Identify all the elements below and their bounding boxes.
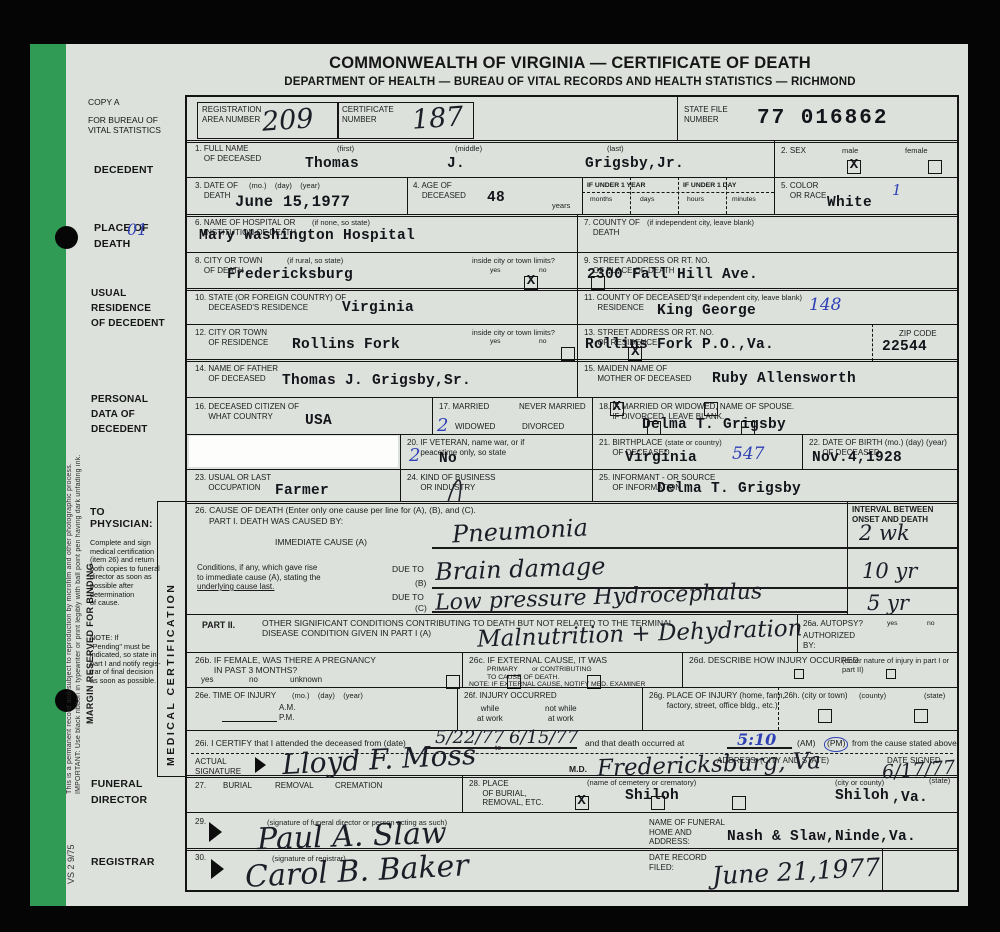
rule xyxy=(400,469,401,501)
field7-hint: (if independent city, leave blank) xyxy=(647,218,754,227)
field17-widowed-label: WIDOWED xyxy=(455,422,495,432)
rule xyxy=(678,177,679,214)
field1-last-value: Grigsby,Jr. xyxy=(585,156,684,172)
rule xyxy=(774,177,775,214)
field2-female-label: female xyxy=(905,146,928,155)
field26c-note: NOTE: IF EXTERNAL CAUSE, NOTIFY MED. EXA… xyxy=(469,681,645,688)
while-at-work-checkbox xyxy=(818,709,832,723)
rule xyxy=(187,614,957,615)
field17-pen-mark: 2 xyxy=(437,415,448,436)
field22-value: Nov.4,1928 xyxy=(812,450,902,466)
am-label: A.M. xyxy=(279,703,295,713)
rule xyxy=(400,434,401,469)
rule xyxy=(457,687,458,730)
field26i-date2: 6/15/77 xyxy=(509,727,578,748)
field12-yes-checkbox xyxy=(561,347,575,361)
due-to-b-label: DUE TO xyxy=(392,565,424,575)
field25-value: Delma T. Grigsby xyxy=(657,481,801,497)
field20-label: 20. IF VETERAN, name war, or if peacetim… xyxy=(407,438,524,457)
field16-value: USA xyxy=(305,413,332,429)
rule xyxy=(872,324,873,361)
field4-years-label: years xyxy=(552,201,570,210)
certificate-number-label: CERTIFICATE NUMBER xyxy=(342,105,394,124)
immediate-cause-label: IMMEDIATE CAUSE (A) xyxy=(275,538,367,548)
scanned-death-certificate: This is a permanent record and subject t… xyxy=(0,0,1000,932)
primary-checkbox xyxy=(794,669,804,679)
field20-pen-mark: 2 xyxy=(409,445,420,466)
signature-arrow-icon xyxy=(255,757,266,773)
copy-label: COPY A xyxy=(88,97,120,107)
rule xyxy=(187,501,957,504)
rule xyxy=(774,140,775,177)
field26h-state-label: (state) xyxy=(924,691,945,700)
rule xyxy=(847,547,957,549)
pm-label: P.M. xyxy=(279,713,294,723)
field6-value: Mary Washington Hospital xyxy=(199,228,415,244)
rule xyxy=(187,140,957,143)
field29-number: 29. xyxy=(195,817,206,827)
rule xyxy=(592,397,593,434)
actual-signature-label: ACTUAL SIGNATURE xyxy=(195,757,241,776)
field3-label: 3. DATE OF DEATH xyxy=(195,181,238,200)
certificate-title: COMMONWEALTH OF VIRGINIA — CERTIFICATE O… xyxy=(185,54,955,73)
field26f-label: 26f. INJURY OCCURRED xyxy=(464,691,557,701)
place-code-pen-mark: 01 xyxy=(127,220,147,239)
field23-value: Farmer xyxy=(275,483,329,499)
field5-value: White xyxy=(827,195,872,211)
whiteout-patch xyxy=(189,436,398,467)
burial-state-value: ,Va. xyxy=(892,790,928,806)
field26a-yes-label: yes xyxy=(887,620,898,627)
b-tag: (B) xyxy=(415,579,426,589)
field4-value: 48 xyxy=(487,190,505,206)
field7-label: 7. COUNTY OF DEATH xyxy=(584,218,640,237)
field8-no-label: no xyxy=(539,267,547,274)
registrar-signature-arrow-icon xyxy=(211,859,224,879)
rule xyxy=(677,97,678,140)
rule xyxy=(462,652,463,687)
field12-no-label: no xyxy=(539,338,547,345)
field26a-authorized-label: AUTHORIZED BY: xyxy=(803,631,855,650)
zip-label: ZIP CODE xyxy=(899,329,937,339)
field2-label: 2. SEX xyxy=(781,146,806,156)
date-filed-value: June 21,1977 xyxy=(711,853,881,891)
form-code: VS 2 9/75 xyxy=(66,814,76,884)
pm-option-circled: (PM) xyxy=(824,737,848,752)
rule xyxy=(882,848,883,890)
field26a-label: 26a. AUTOPSY? xyxy=(803,619,863,629)
not-while-at-work-checkbox xyxy=(914,709,928,723)
field27-removal-label: REMOVAL xyxy=(275,781,314,791)
field26c-line2: TO CAUSE OF DEATH. xyxy=(487,674,559,681)
field8-yes-mark: X xyxy=(525,273,537,289)
field5-label: 5. COLOR OR RACE xyxy=(781,181,826,200)
rule xyxy=(187,397,957,398)
days-label: days xyxy=(640,196,654,203)
field26h-label: 26h. (city or town) xyxy=(784,691,848,701)
rule xyxy=(187,214,957,217)
field21-hint: (state or country) xyxy=(665,438,722,447)
field26-part1-label: PART I. DEATH WAS CAUSED BY: xyxy=(209,517,343,527)
rule xyxy=(582,192,774,193)
rule xyxy=(592,469,593,501)
zip-value: 22544 xyxy=(882,339,927,355)
field9-value: 2300 Fall Hill Ave. xyxy=(587,267,758,283)
state-file-label: STATE FILE NUMBER xyxy=(684,105,728,124)
burial-city-value: Shiloh xyxy=(835,788,889,804)
cause-b-value: Brain damage xyxy=(435,552,606,586)
field26c-label: 26c. IF EXTERNAL CAUSE, IT WAS xyxy=(469,656,607,666)
funeral-home-value: Nash & Slaw,Ninde,Va. xyxy=(727,829,916,845)
interval-a-value: 2 wk xyxy=(859,521,910,545)
months-label: months xyxy=(590,196,612,203)
certificate-number-value: 187 xyxy=(411,101,465,136)
side-label-funeral-director: FUNERAL DIRECTOR xyxy=(91,776,147,808)
rule xyxy=(187,812,957,813)
field17-divorced-label: DIVORCED xyxy=(522,422,564,432)
field17-never-label: NEVER MARRIED xyxy=(519,402,586,412)
burial-state-hint: (state) xyxy=(929,776,950,785)
rule xyxy=(462,775,463,812)
field5-pen-mark: 1 xyxy=(892,181,902,199)
field26b-no-label: no xyxy=(249,675,258,685)
field20-value: No xyxy=(439,451,457,467)
certificate-subtitle: DEPARTMENT OF HEALTH — BUREAU OF VITAL R… xyxy=(185,76,955,88)
field26e-label: 26e. TIME OF INJURY xyxy=(195,691,276,701)
medical-certification-strip: MEDICAL CERTIFICATION xyxy=(157,501,186,777)
field26b-unknown-label: unknown xyxy=(290,675,322,685)
field2-male-label: male xyxy=(842,146,858,155)
field27-cremation-label: CREMATION xyxy=(335,781,382,791)
field26i-mid: and that death occurred at xyxy=(585,739,684,749)
field15-label: 15. MAIDEN NAME OF MOTHER OF DECEASED xyxy=(584,364,692,383)
bureau-label: FOR BUREAU OF VITAL STATISTICS xyxy=(88,115,161,135)
field26i-post: from the cause stated above xyxy=(852,739,957,749)
rule xyxy=(727,747,792,749)
field18-value: Delma T. Grigsby xyxy=(642,417,786,433)
field1-first-value: Thomas xyxy=(305,156,359,172)
rule xyxy=(582,177,583,214)
field26c-primary-label: PRIMARY xyxy=(487,666,518,673)
rule xyxy=(802,434,803,469)
due-to-c-label: DUE TO xyxy=(392,593,424,603)
field14-label: 14. NAME OF FATHER OF DECEASED xyxy=(195,364,278,383)
under-year-label: IF UNDER 1 YEAR xyxy=(587,182,645,189)
binding-strip xyxy=(30,44,66,906)
rule xyxy=(432,397,433,434)
part2-label: PART II. xyxy=(202,621,235,631)
rule xyxy=(187,469,957,470)
male-checkbox: X xyxy=(847,160,861,174)
field14-value: Thomas J. Grigsby,Sr. xyxy=(282,373,471,389)
field27-burial-label: BURIAL xyxy=(223,781,252,791)
margin-note-line2: This is a permanent record and subject t… xyxy=(66,194,73,794)
field1-label: 1. FULL NAME OF DECEASED xyxy=(195,144,261,163)
field13-value: Rollins Fork P.O.,Va. xyxy=(585,337,774,353)
side-label-usual-residence: USUAL RESIDENCE OF DECEDENT xyxy=(91,286,165,331)
to-physician-title: TO PHYSICIAN: xyxy=(90,506,153,530)
funeral-signature-arrow-icon xyxy=(209,822,222,842)
conditions-note-2: underlying cause last. xyxy=(197,582,274,592)
conditions-note: Conditions, if any, which gave rise to i… xyxy=(197,563,321,582)
minutes-label: minutes xyxy=(732,196,756,203)
field12-limits-label: inside city or town limits? xyxy=(472,328,555,337)
paper: This is a permanent record and subject t… xyxy=(30,44,968,906)
field12-value: Rollins Fork xyxy=(292,337,400,353)
rule xyxy=(222,721,277,722)
field26a-no-label: no xyxy=(927,620,935,627)
medical-certification-label: MEDICAL CERTIFICATION xyxy=(165,512,177,766)
rule xyxy=(187,652,957,653)
cemetery-hint: (name of cemetery or crematory) xyxy=(587,778,696,787)
rule xyxy=(847,587,957,589)
field12-yes-label: yes xyxy=(490,338,501,345)
field8-yes-label: yes xyxy=(490,267,501,274)
rule xyxy=(432,547,847,549)
rule xyxy=(187,252,957,253)
field26d-hint: (enter nature of injury in part I or par… xyxy=(842,656,957,674)
rule xyxy=(642,687,643,730)
pen-stroke xyxy=(442,469,472,503)
field8-hint: (if rural, so state) xyxy=(287,256,343,265)
field26-label: 26. CAUSE OF DEATH (Enter only one cause… xyxy=(195,506,476,516)
field6-hint: (if none, so state) xyxy=(312,218,370,227)
field11-value: King George xyxy=(657,303,756,319)
funeral-home-label: NAME OF FUNERAL HOME AND ADDRESS: xyxy=(649,818,725,847)
registration-area-label: REGISTRATION AREA NUMBER xyxy=(202,105,261,124)
state-file-value: 77 016862 xyxy=(757,107,888,130)
field8-value: Fredericksburg xyxy=(227,267,353,283)
field4-label: 4. AGE OF DECEASED xyxy=(413,181,466,200)
not-while-at-work-label: not while at work xyxy=(545,704,577,723)
c-tag: (C) xyxy=(415,604,427,614)
rule xyxy=(592,434,593,469)
field15-value: Ruby Allensworth xyxy=(712,371,856,387)
field26b-label: 26b. IF FEMALE, WAS THERE A PREGNANCY IN… xyxy=(195,656,376,675)
field30-number: 30. xyxy=(195,853,206,863)
while-at-work-label: while at work xyxy=(477,704,503,723)
rule xyxy=(432,611,847,613)
date-filed-label: DATE RECORD FILED: xyxy=(649,853,707,872)
field8-yes-checkbox: X xyxy=(524,276,538,290)
cemetery-value: Shiloh xyxy=(625,788,679,804)
rule xyxy=(187,177,957,178)
field21-value: Virginia xyxy=(625,450,697,466)
field11-hint: (if independent city, leave blank) xyxy=(695,293,802,302)
field11-pen-mark: 148 xyxy=(809,295,841,315)
registration-area-value: 209 xyxy=(261,103,315,138)
under-day-label: IF UNDER 1 DAY xyxy=(683,182,736,189)
to-physician-body: Complete and sign medical certification … xyxy=(90,539,160,608)
field26e-sub: (mo.) (day) (year) xyxy=(292,691,363,700)
field10-value: Virginia xyxy=(342,300,414,316)
field16-label: 16. DECEASED CITIZEN OF WHAT COUNTRY xyxy=(195,402,299,421)
field26c-contributing-label: or CONTRIBUTING xyxy=(532,666,592,673)
rule xyxy=(187,288,957,291)
field26b-yes-label: yes xyxy=(201,675,213,685)
burial-checkbox: X xyxy=(575,796,589,810)
rule xyxy=(187,324,957,325)
field23-label: 23. USUAL OR LAST OCCUPATION xyxy=(195,473,271,492)
male-checkbox-mark: X xyxy=(848,157,860,173)
side-label-registrar: REGISTRAR xyxy=(91,854,155,870)
interval-c-value: 5 yr xyxy=(867,591,909,615)
interval-b-value: 10 yr xyxy=(862,559,917,583)
field17-married-label: 17. MARRIED xyxy=(439,402,489,412)
side-label-personal-data: PERSONAL DATA OF DECEDENT xyxy=(91,392,148,437)
field28-label: 28. PLACE OF BURIAL, REMOVAL, ETC. xyxy=(469,779,544,808)
to-physician-note: NOTE: If "Pending" must be indicated, so… xyxy=(90,634,161,686)
rule xyxy=(682,652,683,687)
am-option: (AM) xyxy=(797,739,815,749)
rule xyxy=(847,501,848,614)
side-label-decedent: DECEDENT xyxy=(94,162,153,178)
field26g-label: 26g. PLACE OF INJURY (home, farm, factor… xyxy=(649,691,785,710)
field3-sub-label: (mo.) (day) (year) xyxy=(249,181,320,190)
field26d-label: 26d. DESCRIBE HOW INJURY OCCURRED. xyxy=(689,656,861,666)
field1-first-hint: (first) xyxy=(337,144,354,153)
field1-last-hint: (last) xyxy=(607,144,624,153)
field1-middle-value: J. xyxy=(447,156,465,172)
hours-label: hours xyxy=(687,196,704,203)
rule xyxy=(577,359,578,397)
rule xyxy=(407,177,408,214)
field12-label: 12. CITY OR TOWN OF RESIDENCE xyxy=(195,328,268,347)
rule xyxy=(577,288,578,361)
field8-limits-label: inside city or town limits? xyxy=(472,256,555,265)
md-label: M.D. xyxy=(569,765,587,775)
field27-number: 27. xyxy=(195,781,206,791)
burial-mark: X xyxy=(576,793,588,809)
female-checkbox xyxy=(928,160,942,174)
field10-label: 10. STATE (OR FOREIGN COUNTRY) OF DECEAS… xyxy=(195,293,346,312)
cremation-checkbox xyxy=(732,796,746,810)
field26h-county-label: (county) xyxy=(859,691,886,700)
burial-city-hint: (city or county) xyxy=(835,778,884,787)
field1-middle-hint: (middle) xyxy=(455,144,482,153)
field21-pen-mark: 547 xyxy=(732,444,764,464)
margin-note-line1: IMPORTANT: Use black ribbon in typewrite… xyxy=(75,174,82,794)
cause-a-value: Pneumonia xyxy=(451,513,588,548)
form-table: REGISTRATION AREA NUMBER 209 CERTIFICATE… xyxy=(185,95,959,892)
field3-value: June 15,1977 xyxy=(235,193,350,211)
rule xyxy=(577,214,578,289)
